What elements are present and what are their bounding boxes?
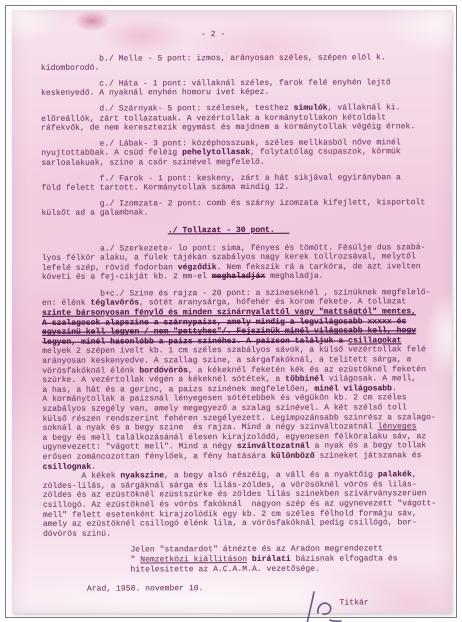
section-g-izomzata: g./ Izomzata- 2 pont: comb és szárny izo… (41, 198, 447, 219)
text-line: amely az ezüstöknél csillogó élénk lila,… (43, 518, 449, 529)
text-line: ./ Tollazat - 30 pont. (42, 225, 448, 236)
section-a-szerkezete: a./ Szerkezete- lo pont: sima, fényes és… (42, 243, 448, 283)
section-c-hata: c./ Háta - 1 pont: vállaknál széles, far… (41, 78, 447, 99)
scanned-document-page: - 2 - b./ Melle - 5 pont: izmos, arányos… (0, 0, 462, 622)
closing-attestation: Jelen "standardot" átnézte és az Aradon … (43, 544, 449, 575)
section-b-melle: b./ Melle - 5 pont: izmos, arányosan szé… (41, 53, 447, 74)
text-line: keskenyedő. A nyaknál enyhén homoru ivet… (41, 87, 447, 98)
section-d-szarnyak: d./ Szárnyak- 5 pont: szélesek, testhez … (41, 103, 447, 134)
signatory-title: Titkár (43, 598, 449, 609)
date-line: Arad, 1958. november 10. (43, 583, 449, 594)
text-line: - 2 - (41, 29, 447, 40)
pink-paper-sheet: - 2 - b./ Melle - 5 pont: izmos, arányos… (12, 10, 452, 613)
text-line: kidomborodó. (41, 62, 447, 73)
text-line: sarloalakuak, szine a csőr szinével megf… (41, 157, 447, 168)
text-line: hitelesitette az A.C.A.M.A. vezetősége. (43, 564, 449, 575)
text-line: föld felett tartott. Kormánytollak száma… (41, 182, 447, 193)
text-line: Titkár (43, 598, 449, 609)
text-line: követi és a fej-cikját kb. 2 mm-el megha… (42, 271, 448, 282)
section-e-labak: e./ Lábak- 3 pont: középhosszuak, széles… (41, 138, 447, 169)
text-line: erősen zománcozottan fénylőek, a fény ha… (43, 451, 449, 462)
page-number: - 2 - (41, 29, 447, 40)
section-bc-szine-es-rajza: b+c./ Szine és rajza - 20 pont: a szines… (42, 288, 449, 472)
text-line: Arad, 1958. november 10. (43, 583, 449, 594)
section-kekek-nyakszine: A kékek nyakszine, a begy alsó részéig, … (43, 470, 449, 539)
section-f-farok: f./ Farok - 1 pont: keskeny, zárt a hát … (41, 173, 447, 194)
typewritten-text-body: - 2 - b./ Melle - 5 pont: izmos, arányos… (41, 29, 450, 609)
text-line: külsőt ad a galambnak. (42, 207, 448, 218)
text-line: dóvörös szinü. (43, 528, 449, 539)
handwritten-signature (300, 590, 360, 622)
heading-tollazat: ./ Tollazat - 30 pont. (42, 225, 448, 236)
text-line: ráfekvők, de nem keresztezik egymást és … (41, 122, 447, 133)
